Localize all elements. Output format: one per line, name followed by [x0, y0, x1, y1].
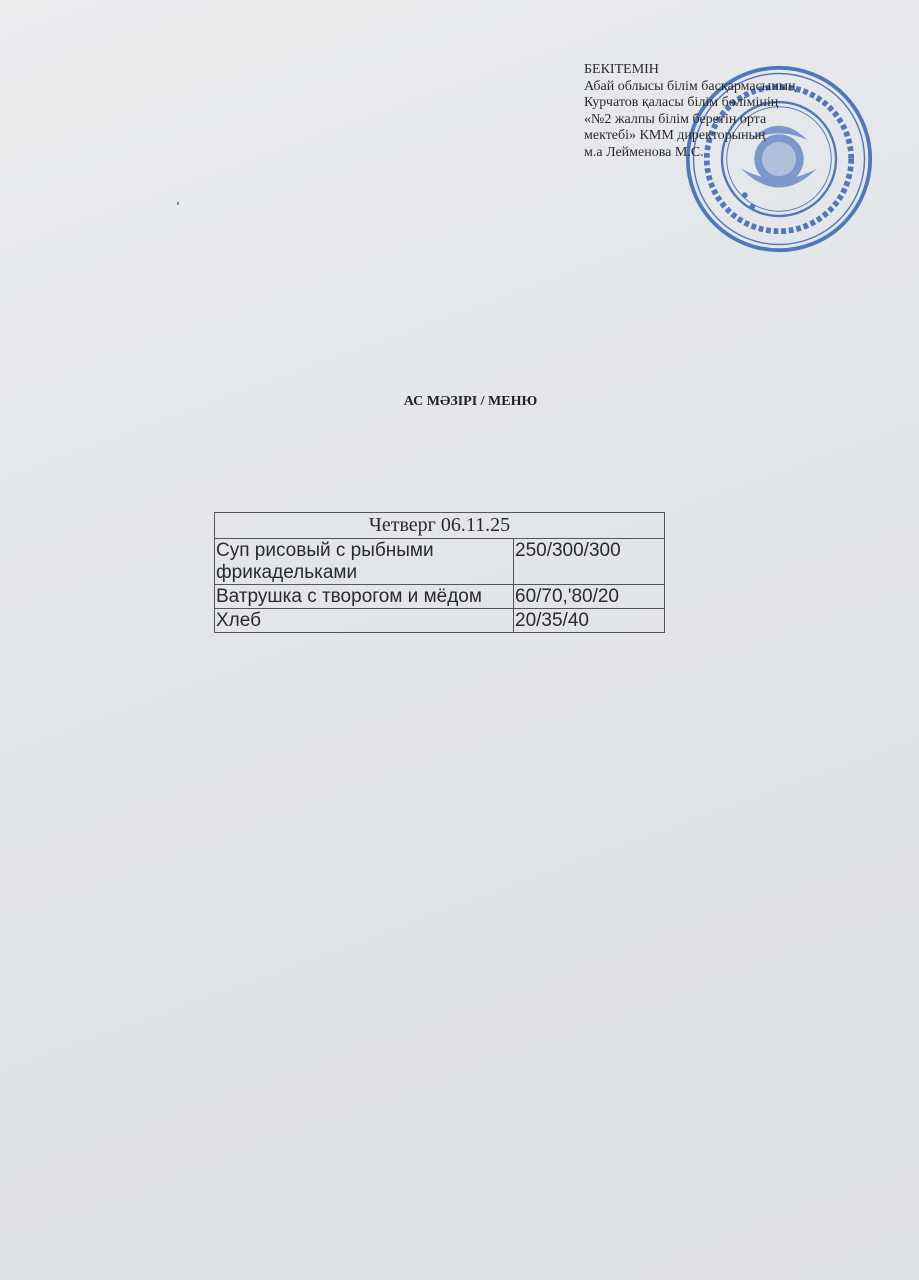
approval-line: мектебі» КММ директорының — [584, 128, 796, 145]
page-title: АС МӘЗІРІ / МЕНЮ — [0, 394, 919, 410]
menu-table: Четверг 06.11.25 Суп рисовый с рыбными ф… — [214, 512, 665, 633]
approval-signatory: м.а Лейменова М.С. — [584, 145, 796, 162]
portion-size: 20/35/40 — [514, 609, 665, 633]
table-row: Хлеб 20/35/40 — [215, 609, 665, 633]
portion-size: 60/70,'80/20 — [514, 585, 665, 609]
portion-size: 250/300/300 — [514, 539, 665, 585]
dish-name: Суп рисовый с рыбными фрикадельками — [215, 539, 514, 585]
dish-name: Хлеб — [215, 609, 514, 633]
approval-block: БЕКІТЕМІН Абай облысы білім басқармасыны… — [584, 62, 796, 161]
table-row: Суп рисовый с рыбными фрикадельками 250/… — [215, 539, 665, 585]
approval-heading: БЕКІТЕМІН — [584, 62, 796, 79]
table-row: Ватрушка с творогом и мёдом 60/70,'80/20 — [215, 585, 665, 609]
approval-line: «№2 жалпы білім беретін орта — [584, 112, 796, 129]
approval-line: Курчатов қаласы білім бөлімінің — [584, 95, 796, 112]
approval-line: Абай облысы білім басқармасының — [584, 79, 796, 96]
paper-speck — [177, 202, 179, 205]
table-header-row: Четверг 06.11.25 — [215, 513, 665, 539]
day-header: Четверг 06.11.25 — [215, 513, 665, 539]
dish-name: Ватрушка с творогом и мёдом — [215, 585, 514, 609]
